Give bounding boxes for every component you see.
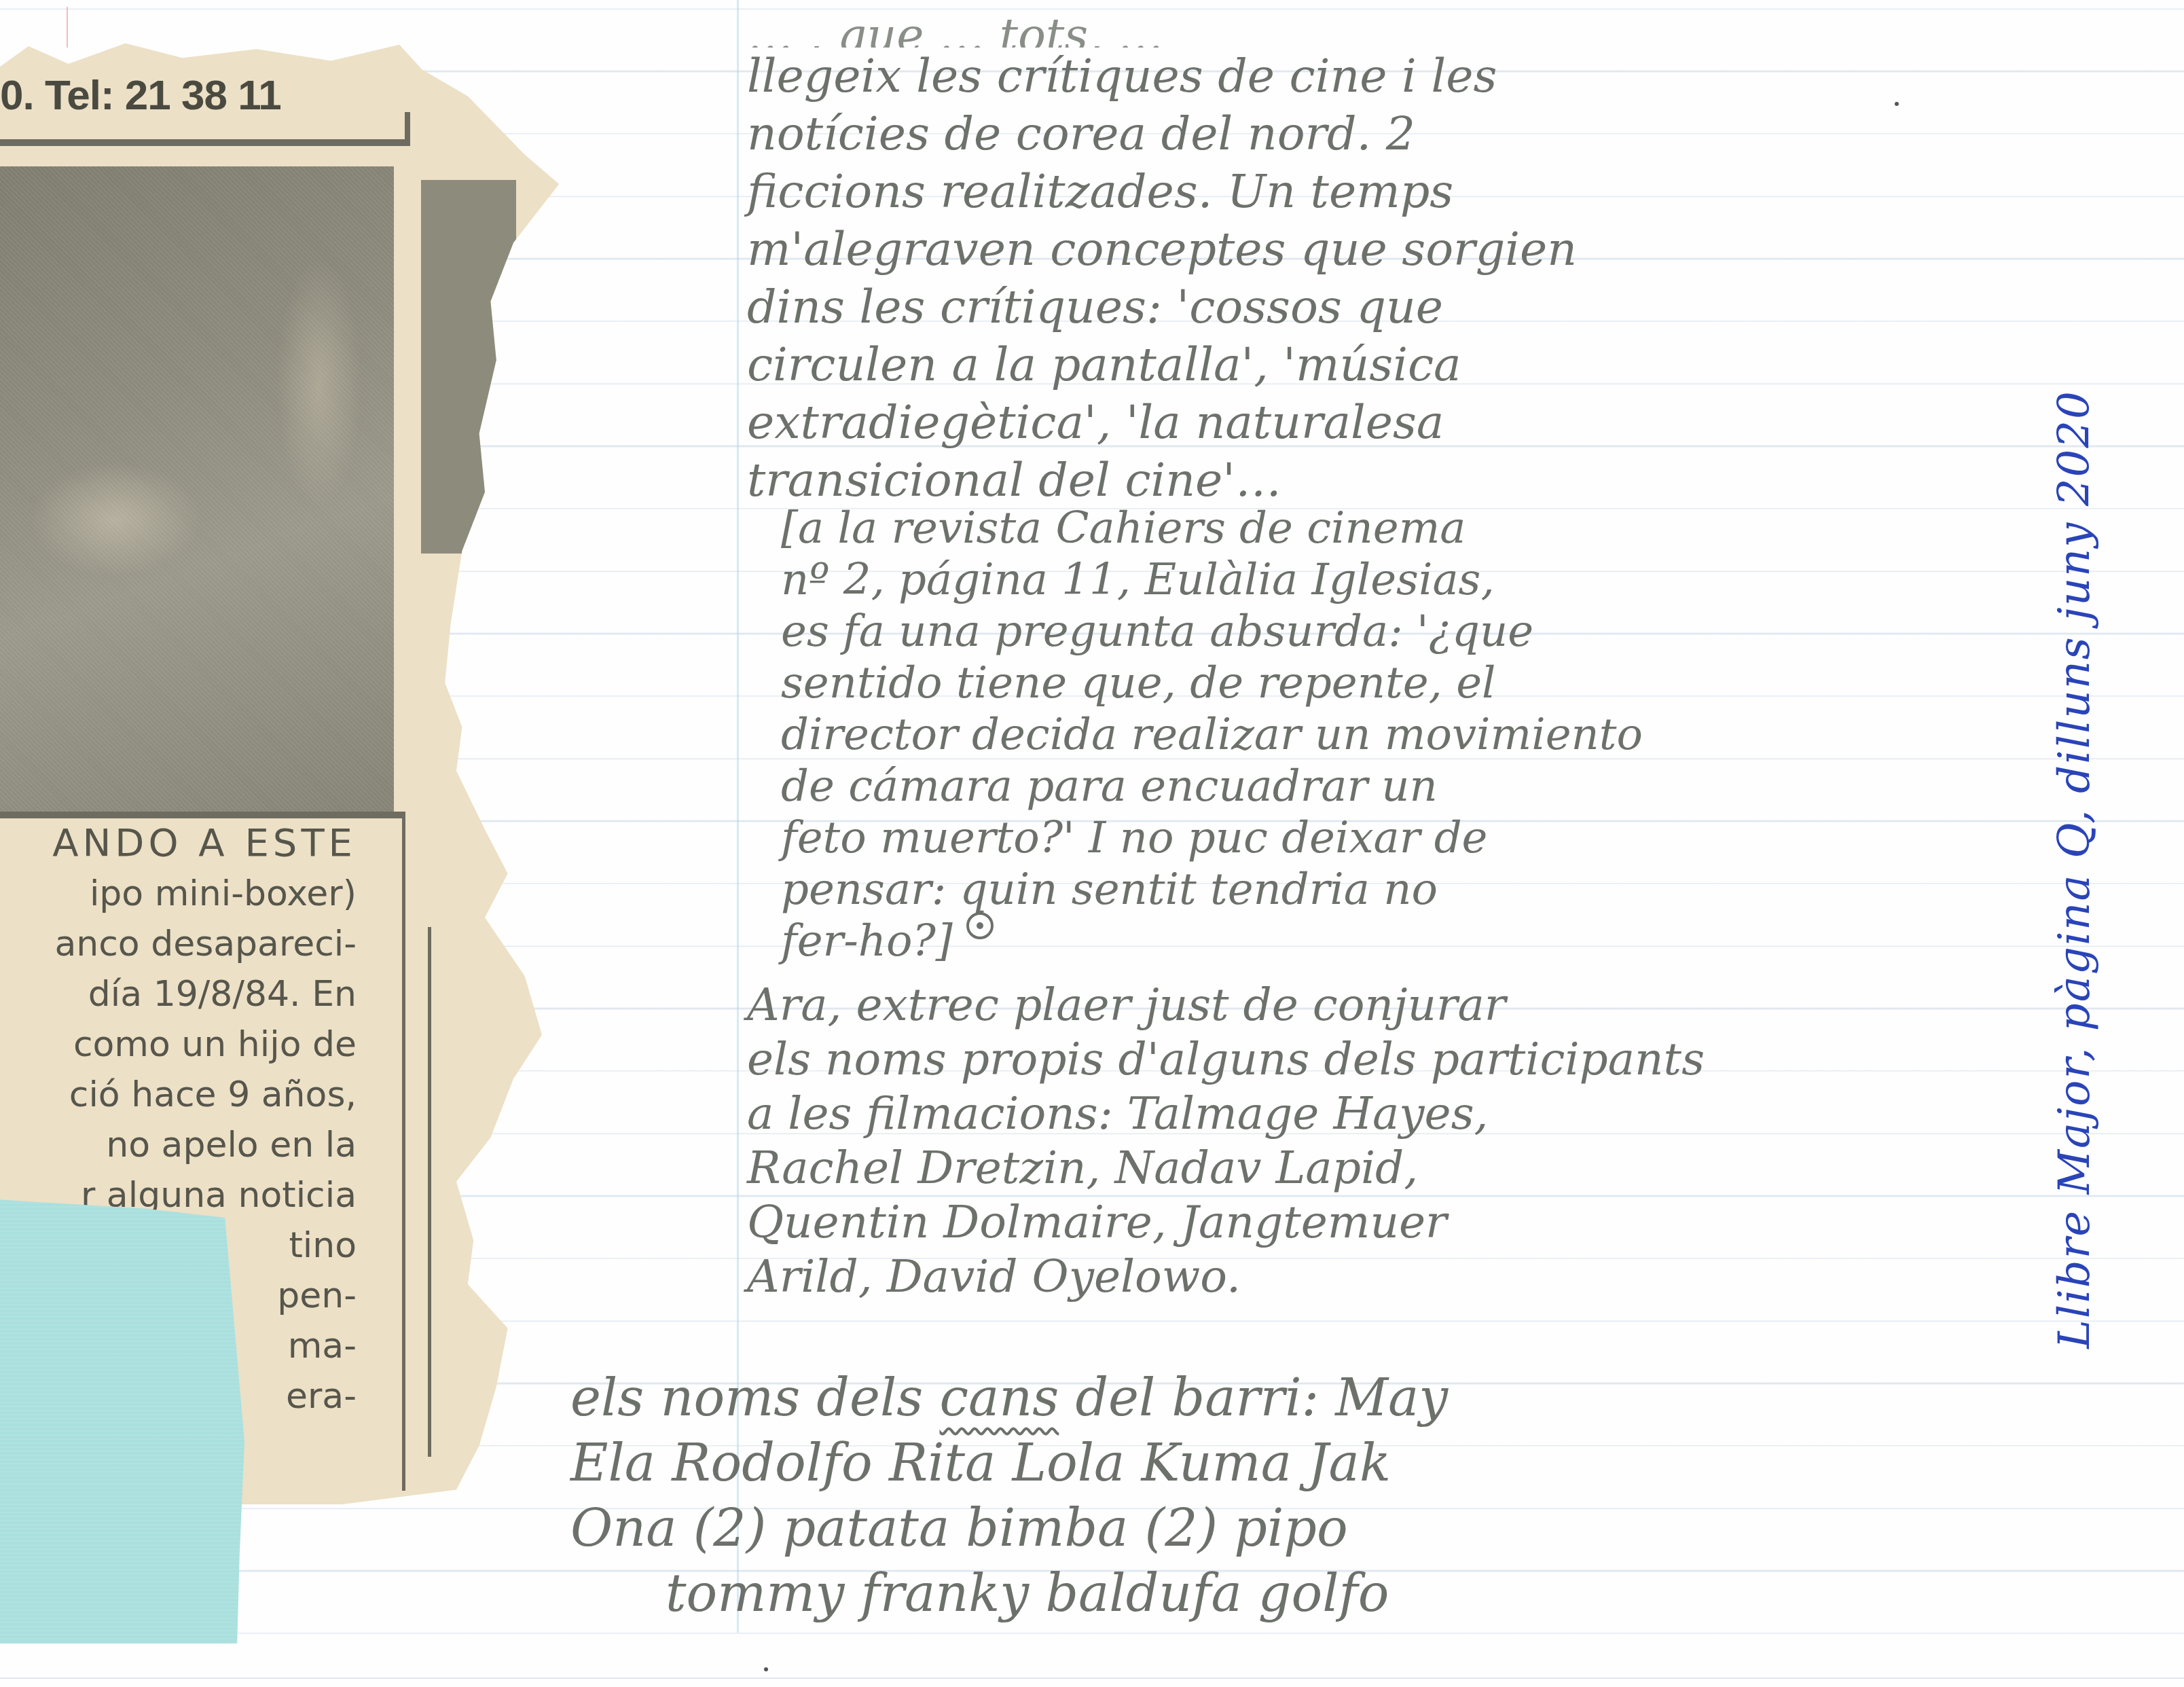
ink-speck	[1895, 102, 1899, 106]
handwritten-dog-names: els noms dels cans del barri: May Ela Ro…	[570, 1365, 1448, 1626]
circled-dot-icon	[966, 912, 994, 939]
handwritten-line: extradiegètica', 'la naturalesa	[747, 394, 1577, 452]
clipping-line: no apelo en la	[0, 1120, 357, 1170]
clipping-line: día 19/8/84. En	[0, 969, 357, 1019]
handwritten-line: es fa una pregunta absurda: '¿que	[781, 606, 1643, 657]
handwritten-line: notícies de corea del nord. 2	[747, 105, 1577, 163]
clipping-line: como un hijo de	[0, 1019, 357, 1070]
handwritten-line: feto muerto?' I no puc deixar de	[781, 812, 1643, 864]
handwritten-participants: Ara, extrec plaer just de conjurar els n…	[747, 978, 1705, 1304]
handwritten-line-last: fer-ho?]	[781, 915, 1643, 967]
handwritten-line: dins les crítiques: 'cossos que	[747, 278, 1577, 336]
clipping-column-rule-2	[428, 927, 431, 1457]
handwritten-line: … , que … tots, …	[747, 7, 1577, 48]
handwritten-line: director decida realizar un movimiento	[781, 709, 1643, 761]
clipping-line: ANDO A ESTE	[0, 818, 357, 869]
side-annotation: Llibre Major, pàgina Q, dilluns juny 202…	[2050, 390, 2100, 1348]
handwritten-line: transicional del cine'…	[747, 452, 1577, 509]
clipping-line: anco desapareci-	[0, 919, 357, 969]
handwritten-line: sentido tiene que, de repente, el	[781, 657, 1643, 709]
handwritten-line: Ara, extrec plaer just de conjurar	[747, 978, 1705, 1032]
handwritten-line: m'alegraven conceptes que sorgien	[747, 221, 1577, 278]
ink-speck	[764, 1667, 768, 1671]
red-margin-tick	[67, 7, 68, 48]
handwritten-line: circulen a la pantalla', 'música	[747, 336, 1577, 394]
handwritten-line: els noms propis d'alguns dels participan…	[747, 1032, 1705, 1087]
handwritten-line: Rachel Dretzin, Nadav Lapid,	[747, 1141, 1705, 1195]
handwritten-line: Arild, David Oyelowo.	[747, 1250, 1705, 1304]
handwritten-line: a les filmacions: Talmage Hayes,	[747, 1087, 1705, 1141]
blue-paper-scrap	[0, 1195, 244, 1644]
handwritten-line: nº 2, página 11, Eulàlia Iglesias,	[781, 554, 1643, 606]
handwritten-line: pensar: quin sentit tendria no	[781, 864, 1643, 915]
underlined-word: cans	[939, 1367, 1059, 1428]
clipping-line: ipo mini-boxer)	[0, 869, 357, 919]
handwritten-quote: [a la revista Cahiers de cinema nº 2, pá…	[781, 503, 1643, 967]
clipping-line: ció hace 9 años,	[0, 1070, 357, 1120]
handwritten-line: [a la revista Cahiers de cinema	[781, 503, 1643, 554]
clipping-header-rule	[0, 139, 407, 146]
clipping-header: 0. Tel: 21 38 11	[0, 71, 407, 132]
handwritten-line: llegeix les crítiques de cine i les	[747, 48, 1577, 105]
clipping-photo-side	[421, 180, 516, 554]
handwritten-line: de cámara para encuadrar un	[781, 761, 1643, 812]
handwritten-line: els noms dels cans del barri: May	[570, 1365, 1448, 1430]
bottom-rule	[0, 1677, 2184, 1679]
handwritten-line: Ela Rodolfo Rita Lola Kuma Jak	[570, 1430, 1448, 1495]
handwritten-line: Quentin Dolmaire, Jangtemuer	[747, 1195, 1705, 1250]
handwritten-paragraph-main: … , que … tots, … llegeix les crítiques …	[747, 7, 1577, 509]
clipping-photo-rule	[0, 812, 404, 818]
handwritten-line: tommy franky baldufa golfo	[570, 1561, 1448, 1626]
clipping-column-rule	[402, 812, 405, 1491]
handwritten-line: ficcions realitzades. Un temps	[747, 163, 1577, 221]
handwritten-line: Ona (2) patata bimba (2) pipo	[570, 1495, 1448, 1561]
clipping-header-bracket	[405, 112, 410, 146]
clipping-photo	[0, 166, 394, 812]
